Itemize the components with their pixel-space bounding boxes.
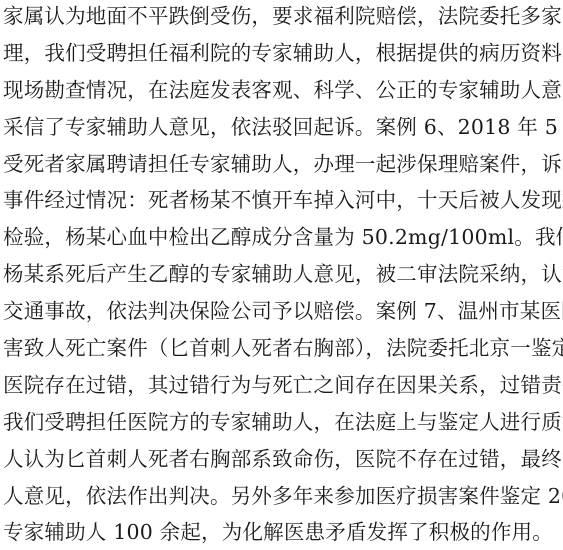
text-line: 家属认为地面不平跌倒受伤，要求福利院赔偿，法院委托多家鉴定机构均不予受 xyxy=(3,0,563,37)
text-line: 我们受聘担任医院方的专家辅助人，在法庭上与鉴定人进行质证，我们专家辅助 xyxy=(3,406,563,443)
text-line: 人认为匕首刺人死者右胸部系致命伤，医院不存在过错，最终法院采信专家辅助 xyxy=(3,443,563,480)
text-line: 采信了专家辅助人意见，依法驳回起诉。案例 6、2018 年 5 月 2 号赴山东… xyxy=(3,111,563,148)
text-line: 检验，杨某心血中检出乙醇成分含量为 50.2mg/100ml。我们客观、科学的提… xyxy=(3,221,563,258)
text-line: 理，我们受聘担任福利院的专家辅助人，根据提供的病历资料、既往的体检报告、 xyxy=(3,37,563,74)
text-line: 现场勘查情况，在法庭发表客观、科学、公正的专家辅助人意见，经质证，法院 xyxy=(3,74,563,111)
text-line: 事件经过情况：死者杨某不慎开车掉入河中，十天后被人发现捞出，经公安法医 xyxy=(3,184,563,221)
text-line: 受死者家属聘请担任专家辅助人，办理一起涉保理赔案件，诉讼标的四百余万元， xyxy=(3,148,563,185)
text-line: 害致人死亡案件（匕首刺人死者右胸部），法院委托北京一鉴定机构鉴定，认为 xyxy=(3,332,563,369)
text-line: 杨某系死后产生乙醇的专家辅助人意见，被二审法院采纳，认定杨某为意外发生 xyxy=(3,258,563,295)
text-line: 人意见，依法作出判决。另外多年来参加医疗损害案件鉴定 200 余起，担任诉前 xyxy=(3,480,563,517)
document-body: 家属认为地面不平跌倒受伤，要求福利院赔偿，法院委托多家鉴定机构均不予受 理，我们… xyxy=(3,0,563,550)
text-line: 交通事故，依法判决保险公司予以赔偿。案例 7、温州市某医院接受一起故意伤 xyxy=(3,295,563,332)
text-line: 专家辅助人 100 余起，为化解医患矛盾发挥了积极的作用。 xyxy=(3,516,563,550)
text-line: 医院存在过错，其过错行为与死亡之间存在因果关系，过错责任程度为轻微责任， xyxy=(3,369,563,406)
